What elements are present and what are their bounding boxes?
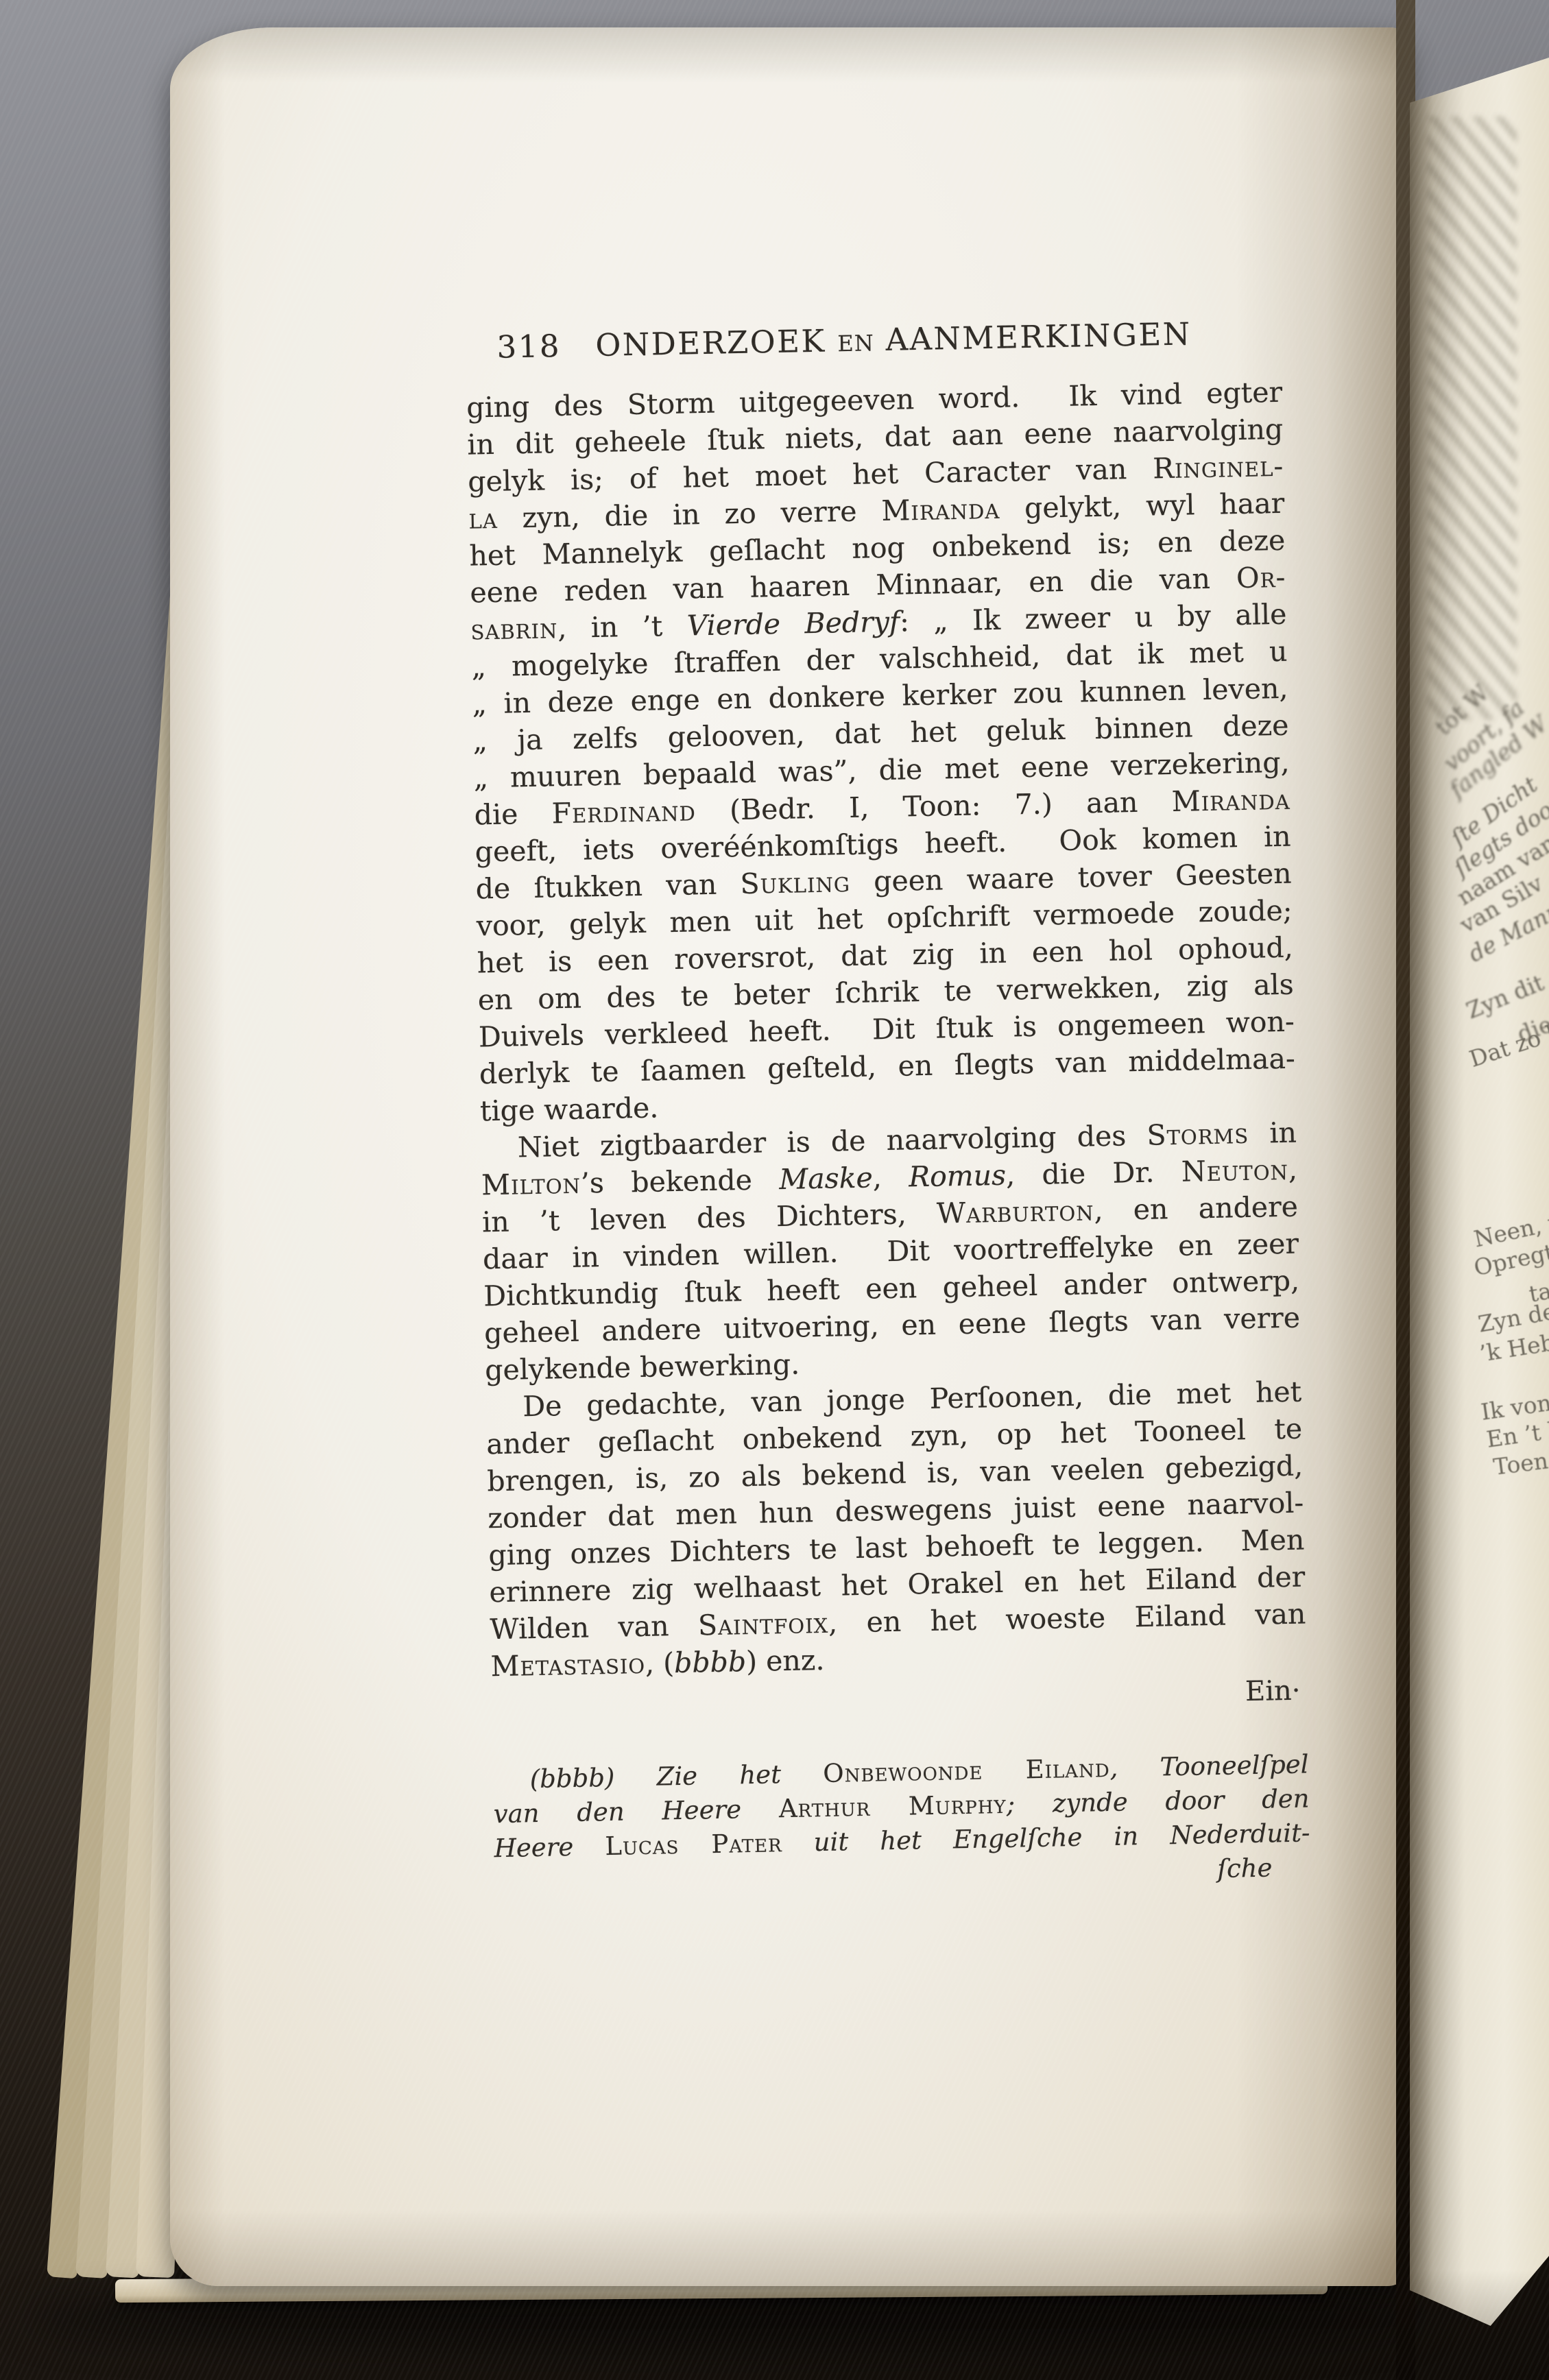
text-segment: , en andere [1094,1190,1298,1227]
text-segment: Or- [1236,561,1286,594]
text-segment: , [872,1160,909,1194]
facing-page [1410,0,1549,2380]
text-segment: gelykende bewerking. [485,1348,800,1387]
text-segment: ; zynde door den [1006,1783,1310,1818]
text-segment: Miranda [1171,783,1290,818]
text-segment: Neuton [1181,1153,1288,1188]
text-segment: Lucas Pater [605,1828,782,1861]
text-segment: Wilden van [490,1609,698,1646]
book-page: 318 ONDERZOEK en AANMERKINGEN ging des S… [170,27,1408,2286]
footnote: (bbbb) Zie het Onbewoonde Eiland, Toonee… [492,1747,1311,1900]
text-segment: Tooneelſpel [1160,1749,1309,1781]
text-segment: Ferdinand [551,794,696,830]
text-segment: Vierde Bedryf [686,605,900,642]
text-segment: Sukling [740,865,850,900]
photo-stage: 318 ONDERZOEK en AANMERKINGEN ging des S… [0,0,1549,2380]
text-segment: Miranda [881,492,1000,527]
text-segment: gelykt, wyl haar [1000,487,1285,525]
text-segment: de ſtukken van [475,867,741,905]
text-segment: Arthur Murphy [778,1790,1007,1823]
text-segment: Metastasio [490,1647,645,1683]
text-segment: ONDERZOEK [595,322,838,363]
text-segment: Saintfoix [698,1607,829,1642]
text-segment: , en het woeste Eiland van [828,1597,1306,1639]
text-segment: , die Dr. [1006,1155,1182,1192]
page-text-block: 318 ONDERZOEK en AANMERKINGEN ging des S… [465,313,1311,1900]
text-segment: , ( [645,1646,675,1680]
text-segment: ſche [1217,1853,1273,1884]
text-segment: bbbb [674,1645,747,1679]
text-segment: en [837,322,874,359]
text-segment: Heere [494,1831,605,1863]
text-segment: , in ’t [557,610,687,645]
text-segment: die [474,797,552,831]
text-segment: 318 [496,327,596,365]
text-segment: : „ Ik zweer u by alle [900,598,1287,638]
text-segment: ’s bekende [580,1163,779,1200]
text-segment: , [1288,1153,1297,1186]
text-segment: van den Heere [493,1794,779,1829]
text-segment: Storms [1146,1117,1249,1152]
text-segment: sabrin [470,612,558,646]
text-segment: tige waarde. [480,1091,659,1127]
text-segment: in ’t leven des Dichters, [482,1197,937,1239]
text-segment: in [1249,1116,1297,1150]
catchword: Ein· [1245,1675,1301,1708]
text-segment: Warburton [937,1194,1094,1229]
text-segment: Ringinel- [1153,450,1284,485]
text-segment: Onbewoonde Eiland [823,1753,1110,1788]
text-segment: AANMERKINGEN [874,315,1192,358]
page-header: 318 ONDERZOEK en AANMERKINGEN [465,313,1282,373]
text-segment: geen waare tover Geesten [850,857,1292,898]
text-segment: la [468,502,498,536]
text-segment: Maske [779,1161,873,1196]
facing-page-blurred-text [1428,117,1517,720]
body-text: ging des Storm uitgegeeven word. Ik vind… [466,374,1307,1685]
text-segment: (bbbb) Zie het [529,1759,823,1794]
text-segment: Romus [909,1159,1007,1194]
text-segment: Milton [481,1167,581,1202]
text-segment: ) enz. [746,1644,825,1678]
text-segment: , [1109,1753,1160,1783]
text-segment: zyn, die in zo verre [497,494,882,535]
